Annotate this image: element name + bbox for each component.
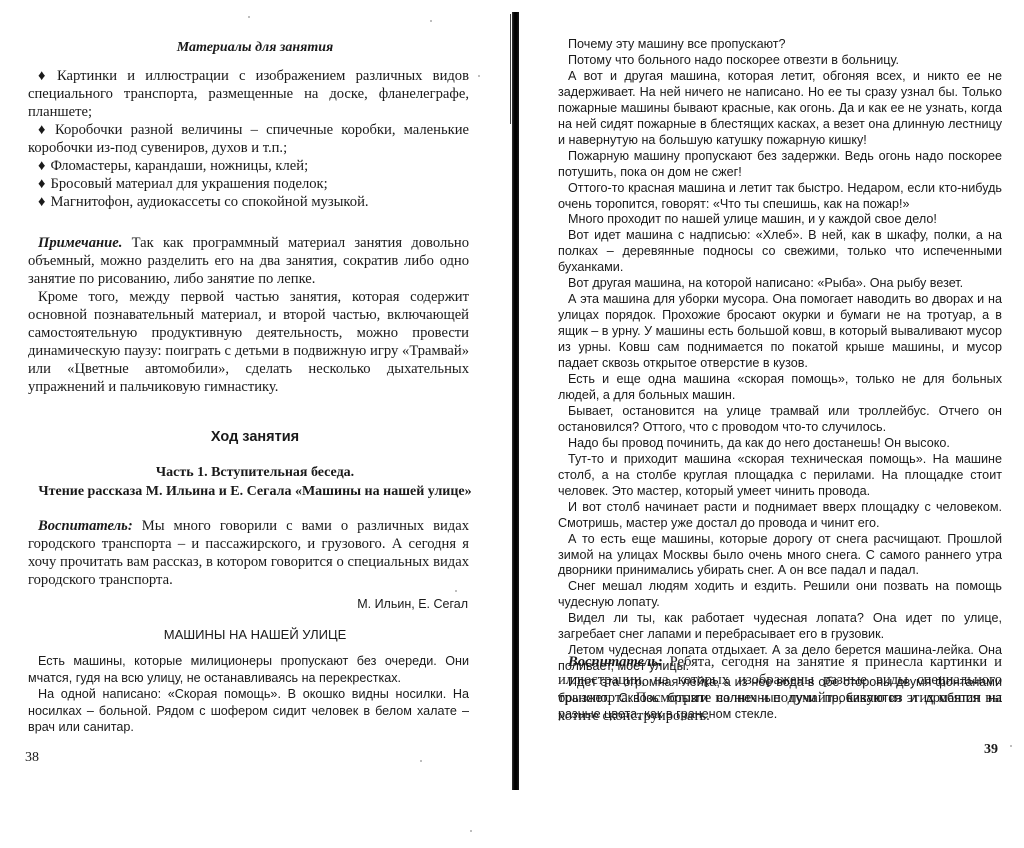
note-label: Примечание. [38,235,122,251]
story-paragraph: Оттого-то красная машина и летит так быс… [558,181,1002,213]
list-item: ♦Бросовый материал для украшения поделок… [28,175,469,193]
story-paragraph: А то есть еще машины, которые дорогу от … [558,532,1002,580]
story-paragraph: Видел ли ты, как работает чудесная лопат… [558,611,1002,643]
story-paragraph: На одной написано: «Скорая помощь». В ок… [28,686,469,736]
story-paragraph: Потому что больного надо поскорее отвезт… [558,53,1002,69]
story-paragraph: Бывает, остановится на улице трамвай или… [558,404,1002,436]
scan-speck [1010,745,1012,747]
diamond-bullet-icon: ♦ [38,176,45,192]
story-paragraph: Есть машины, которые милиционеры пропуск… [28,653,469,686]
left-page: Материалы для занятия ♦Картинки и иллюст… [0,0,510,848]
list-item: ♦Магнитофон, аудиокассеты со спокойной м… [28,193,469,211]
scan-speck [420,760,422,762]
note-extra-paragraph: Кроме того, между первой частью занятия,… [28,288,469,396]
part-heading: Часть 1. Вступительная беседа. Чтение ра… [0,463,510,501]
diamond-bullet-icon: ♦ [38,158,45,174]
story-text-right: Почему эту машину все пропускают? Потому… [558,37,1002,723]
teacher-outro: Воспитатель: Ребята, сегодня на занятие … [558,653,1002,725]
diamond-bullet-icon: ♦ [38,68,52,84]
course-heading: Ход занятия [0,429,510,445]
story-paragraph: Почему эту машину все пропускают? [558,37,1002,53]
scan-speck [248,16,250,18]
list-item: ♦Картинки и иллюстрации с изображением р… [28,67,469,121]
story-paragraph: Снег мешал людям ходить и ездить. Решили… [558,579,1002,611]
story-paragraph: А вот и другая машина, которая летит, об… [558,69,1002,149]
story-paragraph: Надо бы провод починить, да как до него … [558,436,1002,452]
materials-list: ♦Картинки и иллюстрации с изображением р… [28,67,469,211]
story-paragraph: Вот идет машина с надписью: «Хлеб». В не… [558,228,1002,276]
materials-heading: Материалы для занятия [0,40,510,56]
page-number-right: 39 [984,742,998,758]
diamond-bullet-icon: ♦ [38,194,45,210]
story-paragraph: Вот другая машина, на которой написано: … [558,276,1002,292]
list-item: ♦Фломастеры, карандаши, ножницы, клей; [28,157,469,175]
scan-speck [430,20,432,22]
story-title: МАШИНЫ НА НАШЕЙ УЛИЦЕ [0,627,510,642]
right-page: Почему эту машину все пропускают? Потому… [520,0,1024,848]
teacher-intro: Воспитатель: Мы много говорили с вами о … [28,517,469,589]
book-spine-gutter [512,12,519,790]
story-paragraph: И вот столб начинает расти и поднимает в… [558,500,1002,532]
scan-speck [478,75,480,77]
story-authors: М. Ильин, Е. Сегал [357,597,468,611]
teacher-label: Воспитатель: [38,518,133,534]
story-paragraph: А эта машина для уборки мусора. Она помо… [558,292,1002,372]
book-spine-edge [510,14,511,124]
teacher-label: Воспитатель: [568,654,663,670]
story-text-left: Есть машины, которые милиционеры пропуск… [28,653,469,736]
scan-speck [455,590,457,592]
story-paragraph: Тут-то и приходит машина «скорая техниче… [558,452,1002,500]
story-paragraph: Есть и еще одна машина «скорая помощь», … [558,372,1002,404]
note-paragraph: Примечание. Так как программный материал… [28,234,469,288]
note-block: Примечание. Так как программный материал… [28,234,469,396]
scan-speck [470,830,472,832]
diamond-bullet-icon: ♦ [38,122,50,138]
story-paragraph: Пожарную машину пропускают без задержки.… [558,149,1002,181]
list-item: ♦Коробочки разной величины – спичечные к… [28,121,469,157]
page-number-left: 38 [25,750,39,766]
story-paragraph: Много проходит по нашей улице машин, и у… [558,212,1002,228]
